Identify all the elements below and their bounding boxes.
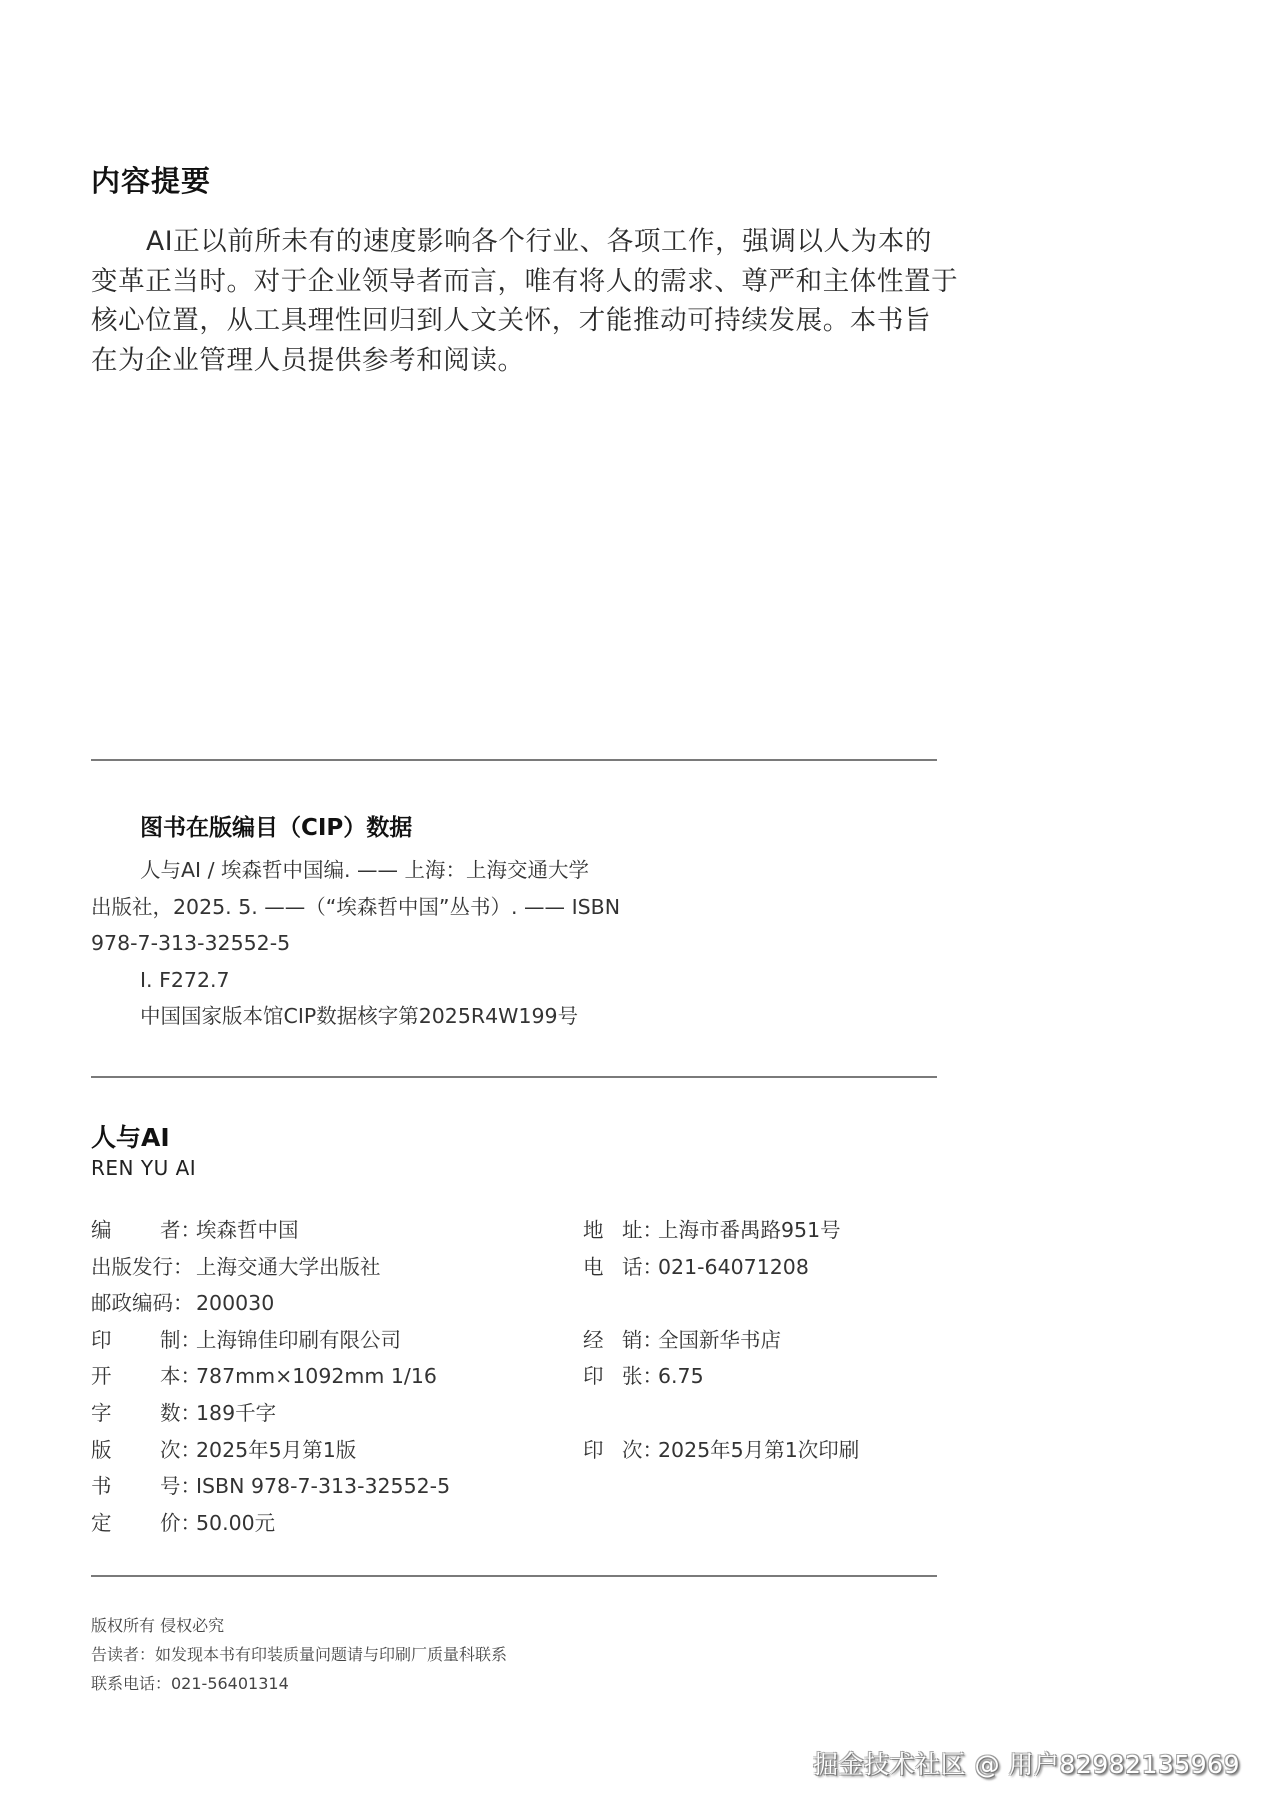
info-row: 字 数： 189千字 bbox=[91, 1395, 937, 1432]
cip-line: 978-7-313-32552-5 bbox=[91, 925, 620, 962]
cip-heading: 图书在版编目（CIP）数据 bbox=[140, 811, 412, 845]
info-label: 字 bbox=[91, 1395, 112, 1432]
summary-paragraph: AI正以前所未有的速度影响各个行业、各项工作，强调以人为本的 变革正当时。对于企… bbox=[91, 222, 921, 380]
info-row: 编 者： 埃森哲中国 地 址： 上海市番禺路951号 bbox=[91, 1212, 937, 1249]
divider bbox=[91, 1076, 937, 1078]
info-label: 经 bbox=[583, 1322, 604, 1359]
info-label: 地 bbox=[583, 1212, 604, 1249]
info-value: 全国新华书店 bbox=[658, 1322, 781, 1359]
cip-line: 中国国家版本馆CIP数据核字第2025R4W199号 bbox=[91, 998, 620, 1035]
info-label: 编 bbox=[91, 1212, 112, 1249]
info-value: 埃森哲中国 bbox=[196, 1212, 299, 1249]
info-value: 021-64071208 bbox=[658, 1249, 809, 1286]
book-title-pinyin: REN YU AI bbox=[91, 1155, 196, 1181]
info-label: 话： bbox=[622, 1249, 663, 1286]
divider bbox=[91, 1575, 937, 1577]
book-title: 人与AI bbox=[91, 1122, 170, 1154]
info-label: 者： bbox=[160, 1212, 201, 1249]
footer-line: 告读者：如发现本书有印装质量问题请与印刷厂质量科联系 bbox=[91, 1640, 507, 1669]
info-value: 787mm×1092mm 1/16 bbox=[196, 1358, 437, 1395]
info-label: 印 bbox=[583, 1432, 604, 1469]
info-value: 上海交通大学出版社 bbox=[196, 1249, 381, 1286]
footer-line: 版权所有 侵权必究 bbox=[91, 1611, 507, 1640]
info-label: 数： bbox=[160, 1395, 201, 1432]
info-label: 本： bbox=[160, 1358, 201, 1395]
cip-line: 人与AI / 埃森哲中国编. —— 上海：上海交通大学 bbox=[91, 852, 620, 889]
info-label: 址： bbox=[622, 1212, 663, 1249]
info-row: 出版发行： 上海交通大学出版社 电 话： 021-64071208 bbox=[91, 1249, 937, 1286]
info-value: 6.75 bbox=[658, 1358, 704, 1395]
info-value: 2025年5月第1版 bbox=[196, 1432, 356, 1469]
info-row: 开 本： 787mm×1092mm 1/16 印 张： 6.75 bbox=[91, 1358, 937, 1395]
divider bbox=[91, 759, 937, 761]
info-row: 定 价： 50.00元 bbox=[91, 1505, 937, 1542]
summary-heading: 内容提要 bbox=[91, 163, 211, 199]
info-label: 定 bbox=[91, 1505, 112, 1542]
info-label: 印 bbox=[91, 1322, 112, 1359]
info-label: 价： bbox=[160, 1505, 201, 1542]
info-value: 2025年5月第1次印刷 bbox=[658, 1432, 859, 1469]
summary-line: 在为企业管理人员提供参考和阅读。 bbox=[91, 341, 921, 381]
info-row: 邮政编码： 200030 bbox=[91, 1285, 937, 1322]
cip-block: 人与AI / 埃森哲中国编. —— 上海：上海交通大学 出版社，2025. 5.… bbox=[91, 852, 620, 1035]
info-value: 200030 bbox=[196, 1285, 274, 1322]
info-label: 出版发行： bbox=[91, 1249, 194, 1286]
info-label: 开 bbox=[91, 1358, 112, 1395]
cip-line: 出版社，2025. 5. ——（“埃森哲中国”丛书）. —— ISBN bbox=[91, 889, 620, 926]
info-label: 邮政编码： bbox=[91, 1285, 194, 1322]
info-label: 次： bbox=[622, 1432, 663, 1469]
info-value: 上海锦佳印刷有限公司 bbox=[196, 1322, 401, 1359]
info-value: 189千字 bbox=[196, 1395, 276, 1432]
info-value: 上海市番禺路951号 bbox=[658, 1212, 841, 1249]
info-label: 电 bbox=[583, 1249, 604, 1286]
info-label: 次： bbox=[160, 1432, 201, 1469]
info-value: ISBN 978-7-313-32552-5 bbox=[196, 1468, 450, 1505]
publication-info: 编 者： 埃森哲中国 地 址： 上海市番禺路951号 出版发行： 上海交通大学出… bbox=[91, 1212, 937, 1541]
copyright-footer: 版权所有 侵权必究 告读者：如发现本书有印装质量问题请与印刷厂质量科联系 联系电… bbox=[91, 1611, 507, 1698]
info-label: 制： bbox=[160, 1322, 201, 1359]
info-label: 版 bbox=[91, 1432, 112, 1469]
info-row: 版 次： 2025年5月第1版 印 次： 2025年5月第1次印刷 bbox=[91, 1432, 937, 1469]
footer-line: 联系电话：021-56401314 bbox=[91, 1669, 507, 1698]
info-label: 印 bbox=[583, 1358, 604, 1395]
summary-line: 变革正当时。对于企业领导者而言，唯有将人的需求、尊严和主体性置于 bbox=[91, 262, 921, 302]
info-row: 印 制： 上海锦佳印刷有限公司 经 销： 全国新华书店 bbox=[91, 1322, 937, 1359]
summary-line: AI正以前所未有的速度影响各个行业、各项工作，强调以人为本的 bbox=[91, 222, 921, 262]
info-value: 50.00元 bbox=[196, 1505, 275, 1542]
watermark: 掘金技术社区 @ 用户82982135969 bbox=[813, 1745, 1240, 1781]
info-label: 书 bbox=[91, 1468, 112, 1505]
info-row: 书 号： ISBN 978-7-313-32552-5 bbox=[91, 1468, 937, 1505]
info-label: 张： bbox=[622, 1358, 663, 1395]
info-label: 号： bbox=[160, 1468, 201, 1505]
info-label: 销： bbox=[622, 1322, 663, 1359]
cip-line: I. F272.7 bbox=[91, 962, 620, 999]
summary-line: 核心位置，从工具理性回归到人文关怀，才能推动可持续发展。本书旨 bbox=[91, 301, 921, 341]
